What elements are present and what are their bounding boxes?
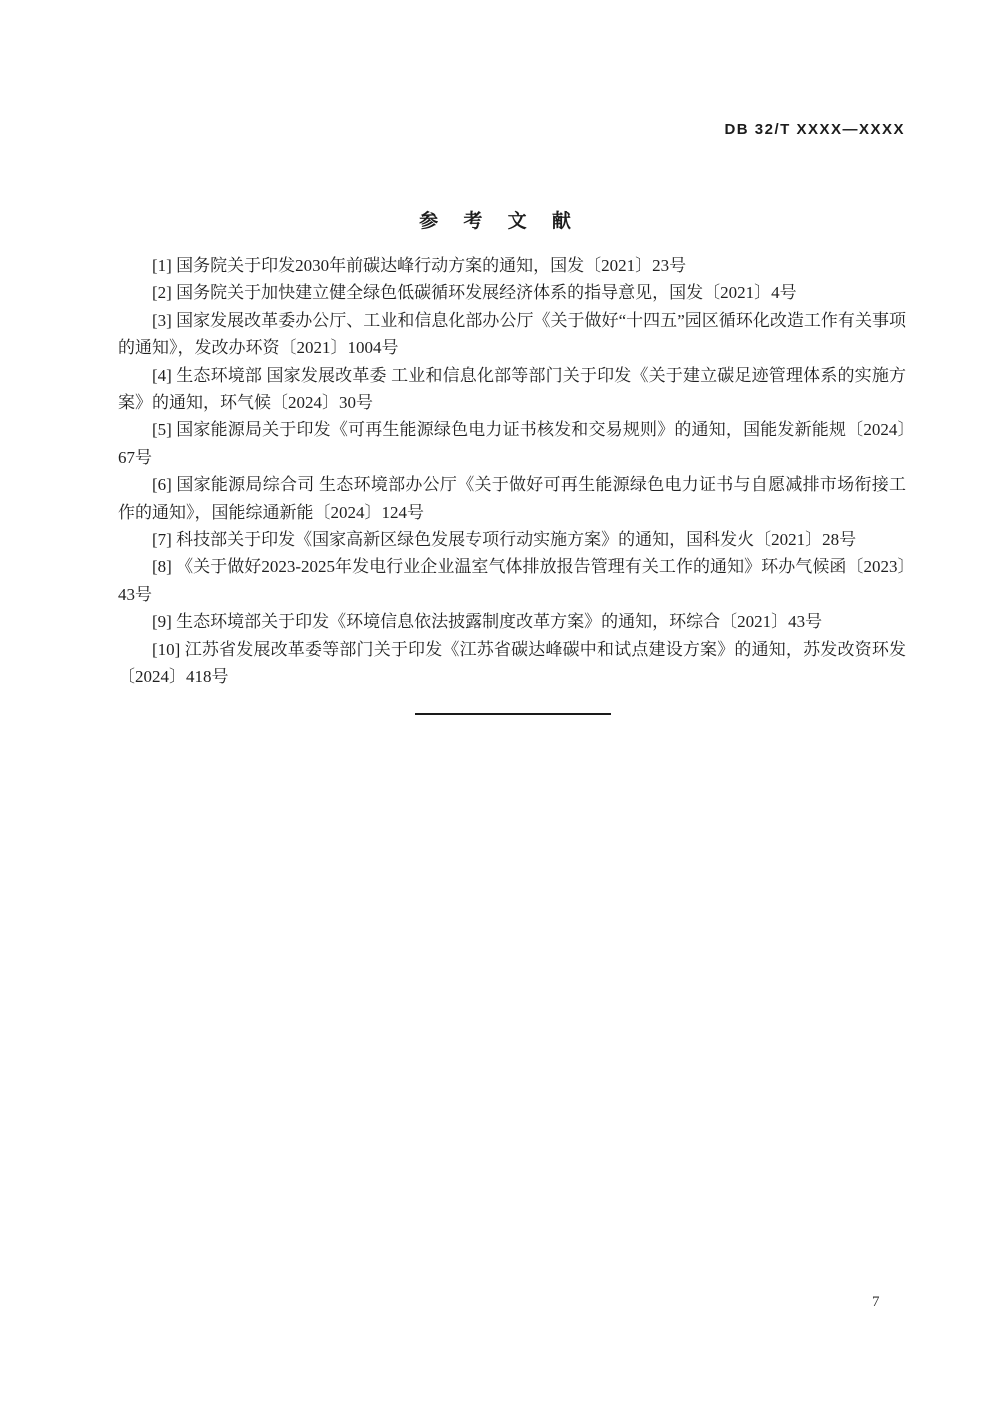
reference-item: [4] 生态环境部 国家发展改革委 工业和信息化部等部门关于印发《关于建立碳足迹…: [118, 362, 906, 417]
reference-item: [5] 国家能源局关于印发《可再生能源绿色电力证书核发和交易规则》的通知，国能发…: [118, 416, 906, 471]
reference-item: [1] 国务院关于印发2030年前碳达峰行动方案的通知，国发〔2021〕23号: [118, 252, 906, 279]
reference-item: [3] 国家发展改革委办公厅、工业和信息化部办公厅《关于做好“十四五”园区循环化…: [118, 307, 906, 362]
reference-item: [7] 科技部关于印发《国家高新区绿色发展专项行动实施方案》的通知，国科发火〔2…: [118, 526, 906, 553]
end-of-document-rule: [415, 713, 611, 715]
reference-item: [9] 生态环境部关于印发《环境信息依法披露制度改革方案》的通知，环综合〔202…: [118, 608, 906, 635]
reference-item: [10] 江苏省发展改革委等部门关于印发《江苏省碳达峰碳中和试点建设方案》的通知…: [118, 636, 906, 691]
reference-item: [6] 国家能源局综合司 生态环境部办公厅《关于做好可再生能源绿色电力证书与自愿…: [118, 471, 906, 526]
reference-item: [2] 国务院关于加快建立健全绿色低碳循环发展经济体系的指导意见，国发〔2021…: [118, 279, 906, 306]
reference-item: [8] 《关于做好2023-2025年发电行业企业温室气体排放报告管理有关工作的…: [118, 553, 906, 608]
references-section-title: 参 考 文 献: [0, 206, 1000, 233]
references-list: [1] 国务院关于印发2030年前碳达峰行动方案的通知，国发〔2021〕23号 …: [118, 252, 906, 691]
page-number: 7: [872, 1294, 880, 1311]
standard-number-header: DB 32/T XXXX—XXXX: [724, 121, 905, 138]
document-page: DB 32/T XXXX—XXXX 参 考 文 献 [1] 国务院关于印发203…: [0, 0, 1000, 1414]
